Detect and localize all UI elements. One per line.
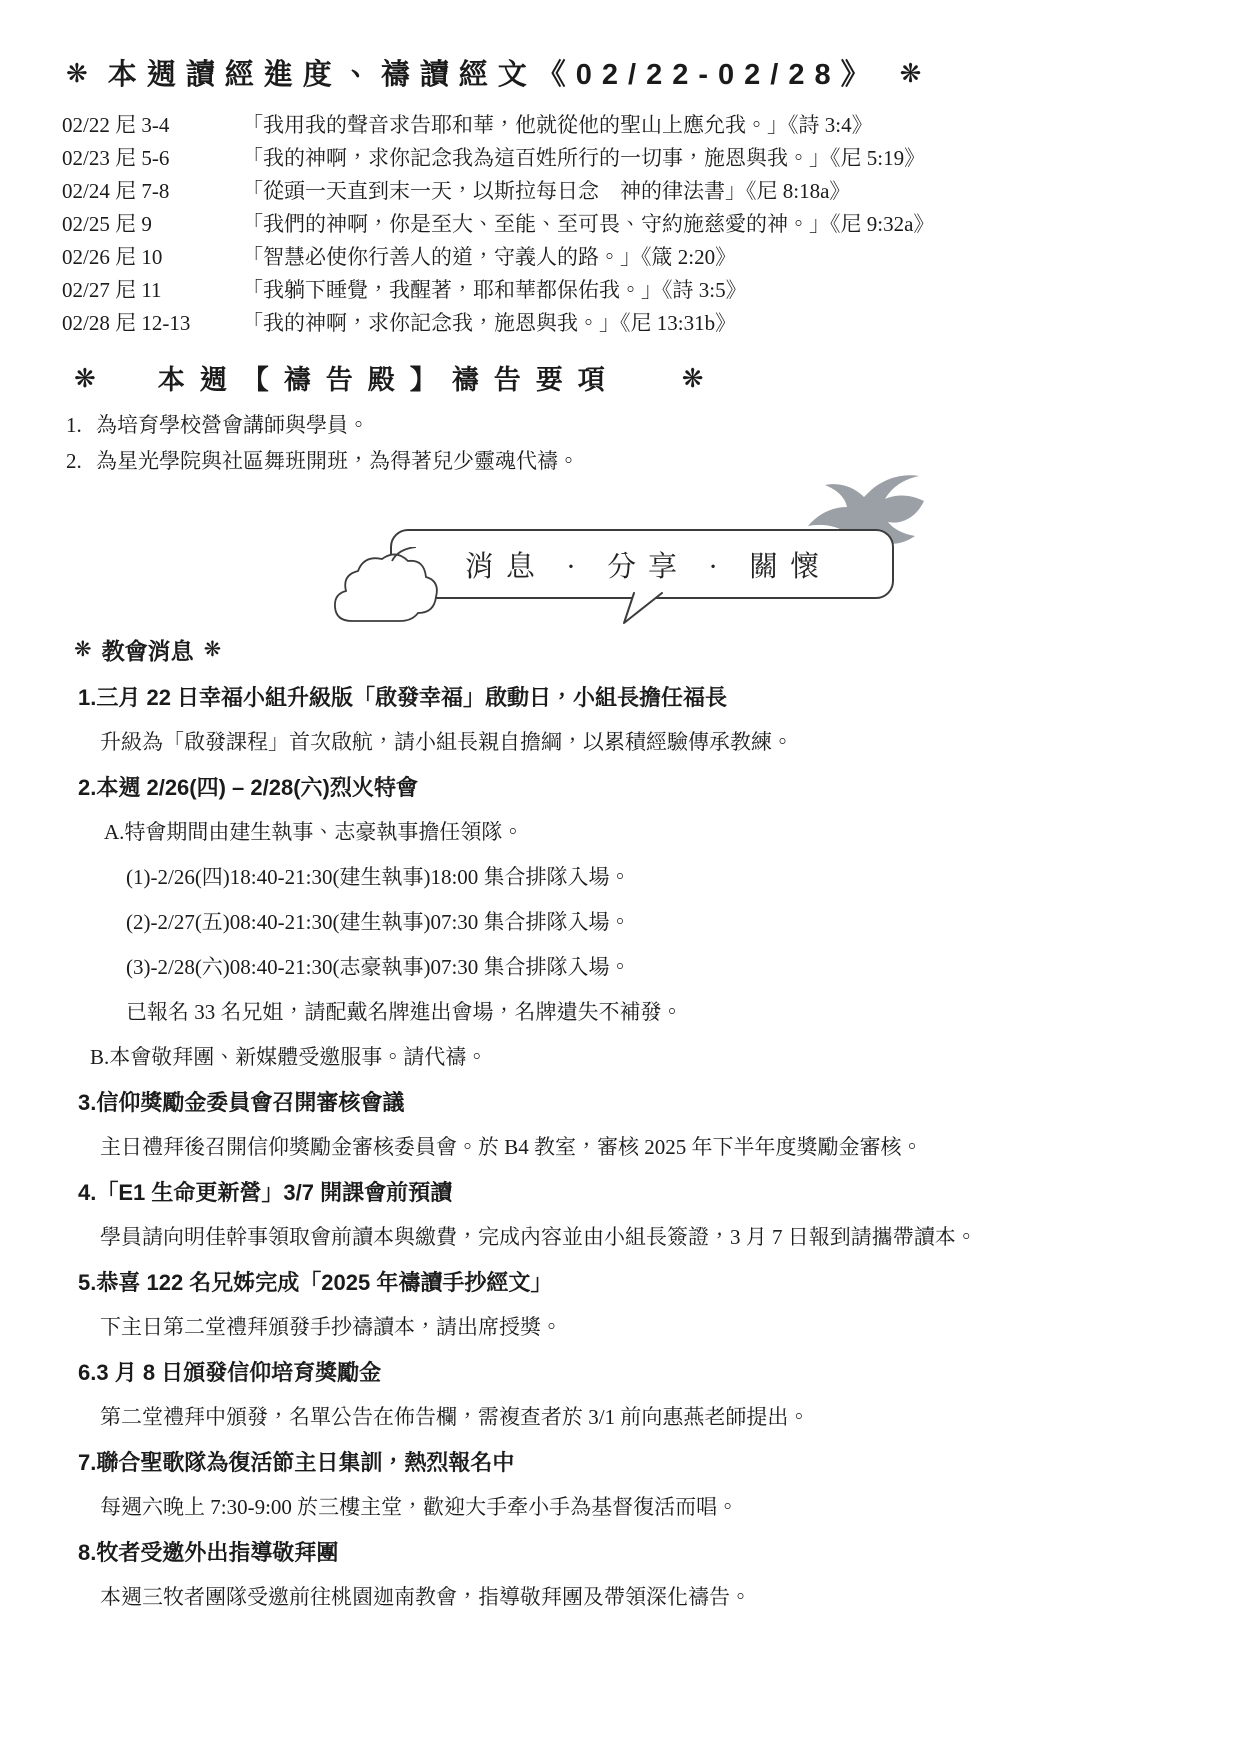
flower-icon: ❋ bbox=[74, 365, 96, 391]
news-item-title-text: 3 月 8 日頒發信仰培育獎勵金 bbox=[96, 1360, 381, 1385]
news-line: 每週六晚上 7:30-9:00 於三樓主堂，歡迎大手牽小手為基督復活而唱。 bbox=[100, 1494, 1185, 1521]
news-item-body: 每週六晚上 7:30-9:00 於三樓主堂，歡迎大手牽小手為基督復活而唱。 bbox=[78, 1494, 1185, 1521]
news-item: 3.信仰獎勵金委員會召開審核會議 主日禮拜後召開信仰獎勵金審核委員會。於 B4 … bbox=[78, 1089, 1185, 1161]
reading-quote: 「智慧必使你行善人的道，守義人的路。」《箴 2:20》 bbox=[242, 241, 1185, 274]
reading-row: 02/28 尼 12-13 「我的神啊，求你記念我，施恩與我。」《尼 13:31… bbox=[62, 307, 1185, 340]
news-item-title: 7.聯合聖歌隊為復活節主日集訓，熱烈報名中 bbox=[78, 1449, 1185, 1476]
reading-date: 02/22 尼 3-4 bbox=[62, 109, 242, 142]
news-line: (1)-2/26(四)18:40-21:30(建生執事)18:00 集合排隊入場… bbox=[126, 864, 1185, 891]
flower-icon: ❋ bbox=[900, 60, 922, 86]
news-item-number: 4. bbox=[78, 1180, 96, 1205]
prayer-item: 1. 為培育學校營會講師與學員。 bbox=[66, 407, 1185, 443]
reading-quote: 「我的神啊，求你記念我為這百姓所行的一切事，施恩與我。」《尼 5:19》 bbox=[242, 142, 1185, 175]
prayer-item-text: 為培育學校營會講師與學員。 bbox=[96, 407, 369, 443]
banner-bubble: 消息 · 分享 · 關懷 bbox=[390, 529, 894, 599]
news-line: (3)-2/28(六)08:40-21:30(志豪執事)07:30 集合排隊入場… bbox=[126, 954, 1185, 981]
news-item-body: 學員請向明佳幹事領取會前讀本與繳費，完成內容並由小組長簽證，3 月 7 日報到請… bbox=[78, 1224, 1185, 1251]
flower-icon: ❋ bbox=[682, 365, 704, 391]
reading-date: 02/27 尼 11 bbox=[62, 274, 242, 307]
news-item-number: 7. bbox=[78, 1450, 96, 1475]
news-item-title-text: 「E1 生命更新營」3/7 開課會前預讀 bbox=[96, 1180, 452, 1205]
reading-row: 02/23 尼 5-6 「我的神啊，求你記念我為這百姓所行的一切事，施恩與我。」… bbox=[62, 142, 1185, 175]
cloud-icon bbox=[332, 547, 454, 627]
news-item-number: 5. bbox=[78, 1270, 96, 1295]
prayer-item-number: 1. bbox=[66, 407, 96, 443]
reading-quote: 「我躺下睡覺，我醒著，耶和華都保佑我。」《詩 3:5》 bbox=[242, 274, 1185, 307]
news-line: 下主日第二堂禮拜頒發手抄禱讀本，請出席授獎。 bbox=[100, 1314, 1185, 1341]
reading-date: 02/28 尼 12-13 bbox=[62, 307, 242, 340]
news-line: 學員請向明佳幹事領取會前讀本與繳費，完成內容並由小組長簽證，3 月 7 日報到請… bbox=[100, 1224, 1185, 1251]
news-list: 1.三月 22 日幸福小組升級版「啟發幸福」啟動日，小組長擔任福長 升級為「啟發… bbox=[78, 684, 1185, 1611]
news-item-number: 3. bbox=[78, 1090, 96, 1115]
news-item-body: 第二堂禮拜中頒發，名單公告在佈告欄，需複查者於 3/1 前向惠燕老師提出。 bbox=[78, 1404, 1185, 1431]
reading-row: 02/26 尼 10 「智慧必使你行善人的道，守義人的路。」《箴 2:20》 bbox=[62, 241, 1185, 274]
reading-row: 02/25 尼 9 「我們的神啊，你是至大、至能、至可畏、守約施慈愛的神。」《尼… bbox=[62, 208, 1185, 241]
reading-date: 02/25 尼 9 bbox=[62, 208, 242, 241]
news-item: 5.恭喜 122 名兄姊完成「2025 年禱讀手抄經文」 下主日第二堂禮拜頒發手… bbox=[78, 1269, 1185, 1341]
news-item: 2.本週 2/26(四) – 2/28(六)烈火特會 A.特會期間由建生執事、志… bbox=[78, 774, 1185, 1071]
readings-list: 02/22 尼 3-4 「我用我的聲音求告耶和華，他就從他的聖山上應允我。」《詩… bbox=[62, 109, 1185, 340]
news-line: 已報名 33 名兄姐，請配戴名牌進出會場，名牌遺失不補發。 bbox=[126, 999, 1185, 1026]
prayer-item: 2. 為星光學院與社區舞班開班，為得著兒少靈魂代禱。 bbox=[66, 443, 1185, 479]
news-item-title-text: 三月 22 日幸福小組升級版「啟發幸福」啟動日，小組長擔任福長 bbox=[96, 685, 727, 710]
news-item-title: 6.3 月 8 日頒發信仰培育獎勵金 bbox=[78, 1359, 1185, 1386]
flower-icon: ❋ bbox=[204, 639, 222, 660]
reading-quote: 「我們的神啊，你是至大、至能、至可畏、守約施慈愛的神。」《尼 9:32a》 bbox=[242, 208, 1185, 241]
news-item-title: 2.本週 2/26(四) – 2/28(六)烈火特會 bbox=[78, 774, 1185, 801]
reading-quote: 「我的神啊，求你記念我，施恩與我。」《尼 13:31b》 bbox=[242, 307, 1185, 340]
church-news-header: ❋ 教會消息 ❋ bbox=[74, 633, 1185, 666]
prayer-header: ❋ 本週【禱告殿】禱告要項 ❋ bbox=[74, 358, 1185, 397]
readings-header-title: 本週讀經進度、禱讀經文《02/22-02/28》 bbox=[108, 52, 880, 93]
news-item-body: 主日禮拜後召開信仰獎勵金審核委員會。於 B4 教室，審核 2025 年下半年度獎… bbox=[78, 1134, 1185, 1161]
news-line: 本週三牧者團隊受邀前往桃園迦南教會，指導敬拜團及帶領深化禱告。 bbox=[100, 1584, 1185, 1611]
news-line: 主日禮拜後召開信仰獎勵金審核委員會。於 B4 教室，審核 2025 年下半年度獎… bbox=[100, 1134, 1185, 1161]
news-item-title: 1.三月 22 日幸福小組升級版「啟發幸福」啟動日，小組長擔任福長 bbox=[78, 684, 1185, 711]
news-item-number: 6. bbox=[78, 1360, 96, 1385]
news-item-title-text: 本週 2/26(四) – 2/28(六)烈火特會 bbox=[96, 775, 418, 800]
news-line: A.特會期間由建生執事、志豪執事擔任領隊。 bbox=[104, 819, 1185, 846]
news-item-body: 升級為「啟發課程」首次啟航，請小組長親自擔綱，以累積經驗傳承教練。 bbox=[78, 729, 1185, 756]
news-item-title: 3.信仰獎勵金委員會召開審核會議 bbox=[78, 1089, 1185, 1116]
news-item: 7.聯合聖歌隊為復活節主日集訓，熱烈報名中 每週六晚上 7:30-9:00 於三… bbox=[78, 1449, 1185, 1521]
news-line: 升級為「啟發課程」首次啟航，請小組長親自擔綱，以累積經驗傳承教練。 bbox=[100, 729, 1185, 756]
news-item-body: 本週三牧者團隊受邀前往桃園迦南教會，指導敬拜團及帶領深化禱告。 bbox=[78, 1584, 1185, 1611]
reading-row: 02/24 尼 7-8 「從頭一天直到末一天，以斯拉每日念 神的律法書」《尼 8… bbox=[62, 175, 1185, 208]
news-item: 8.牧者受邀外出指導敬拜團 本週三牧者團隊受邀前往桃園迦南教會，指導敬拜團及帶領… bbox=[78, 1539, 1185, 1611]
reading-quote: 「從頭一天直到末一天，以斯拉每日念 神的律法書」《尼 8:18a》 bbox=[242, 175, 1185, 208]
readings-header: ❋ 本週讀經進度、禱讀經文《02/22-02/28》 ❋ bbox=[66, 52, 1185, 93]
reading-row: 02/27 尼 11 「我躺下睡覺，我醒著，耶和華都保佑我。」《詩 3:5》 bbox=[62, 274, 1185, 307]
news-item-title: 8.牧者受邀外出指導敬拜團 bbox=[78, 1539, 1185, 1566]
news-item-title-text: 牧者受邀外出指導敬拜團 bbox=[96, 1540, 338, 1565]
reading-date: 02/24 尼 7-8 bbox=[62, 175, 242, 208]
reading-quote: 「我用我的聲音求告耶和華，他就從他的聖山上應允我。」《詩 3:4》 bbox=[242, 109, 1185, 142]
news-item-number: 2. bbox=[78, 775, 96, 800]
news-item-body: 下主日第二堂禮拜頒發手抄禱讀本，請出席授獎。 bbox=[78, 1314, 1185, 1341]
news-item-title-text: 信仰獎勵金委員會召開審核會議 bbox=[96, 1090, 404, 1115]
prayer-item-text: 為星光學院與社區舞班開班，為得著兒少靈魂代禱。 bbox=[96, 443, 579, 479]
reading-date: 02/23 尼 5-6 bbox=[62, 142, 242, 175]
news-item: 6.3 月 8 日頒發信仰培育獎勵金 第二堂禮拜中頒發，名單公告在佈告欄，需複查… bbox=[78, 1359, 1185, 1431]
news-banner: 消息 · 分享 · 關懷 bbox=[60, 489, 1185, 617]
news-line: 第二堂禮拜中頒發，名單公告在佈告欄，需複查者於 3/1 前向惠燕老師提出。 bbox=[100, 1404, 1185, 1431]
news-item-number: 8. bbox=[78, 1540, 96, 1565]
news-item-title-text: 聯合聖歌隊為復活節主日集訓，熱烈報名中 bbox=[96, 1450, 514, 1475]
flower-icon: ❋ bbox=[74, 639, 92, 660]
news-item: 4.「E1 生命更新營」3/7 開課會前預讀 學員請向明佳幹事領取會前讀本與繳費… bbox=[78, 1179, 1185, 1251]
news-line: B.本會敬拜團、新媒體受邀服事。請代禱。 bbox=[90, 1044, 1185, 1071]
news-item-body: A.特會期間由建生執事、志豪執事擔任領隊。 (1)-2/26(四)18:40-2… bbox=[78, 819, 1185, 1071]
banner-title: 消息 · 分享 · 關懷 bbox=[453, 544, 831, 585]
prayer-header-title: 本週【禱告殿】禱告要項 bbox=[158, 358, 620, 397]
church-news-title: 教會消息 bbox=[102, 633, 194, 666]
news-item-title-text: 恭喜 122 名兄姊完成「2025 年禱讀手抄經文」 bbox=[96, 1270, 552, 1295]
news-item-number: 1. bbox=[78, 685, 96, 710]
news-item-title: 5.恭喜 122 名兄姊完成「2025 年禱讀手抄經文」 bbox=[78, 1269, 1185, 1296]
speech-tail-icon bbox=[622, 592, 664, 626]
news-line: (2)-2/27(五)08:40-21:30(建生執事)07:30 集合排隊入場… bbox=[126, 909, 1185, 936]
prayer-list: 1. 為培育學校營會講師與學員。 2. 為星光學院與社區舞班開班，為得著兒少靈魂… bbox=[66, 407, 1185, 479]
reading-date: 02/26 尼 10 bbox=[62, 241, 242, 274]
news-item: 1.三月 22 日幸福小組升級版「啟發幸福」啟動日，小組長擔任福長 升級為「啟發… bbox=[78, 684, 1185, 756]
news-item-title: 4.「E1 生命更新營」3/7 開課會前預讀 bbox=[78, 1179, 1185, 1206]
prayer-item-number: 2. bbox=[66, 443, 96, 479]
bulletin-page: ❋ 本週讀經進度、禱讀經文《02/22-02/28》 ❋ 02/22 尼 3-4… bbox=[0, 0, 1241, 1755]
flower-icon: ❋ bbox=[66, 60, 88, 86]
reading-row: 02/22 尼 3-4 「我用我的聲音求告耶和華，他就從他的聖山上應允我。」《詩… bbox=[62, 109, 1185, 142]
